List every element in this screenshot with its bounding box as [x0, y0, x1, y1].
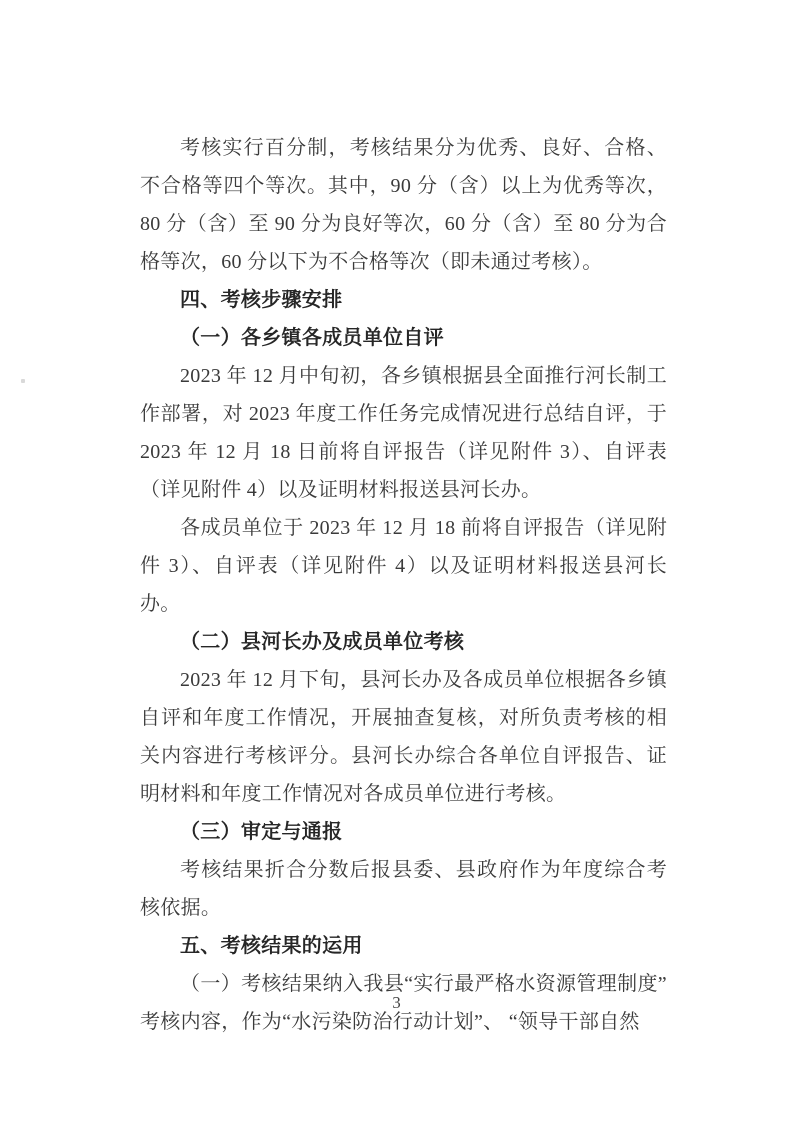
subsection-heading-self-review: （一）各乡镇各成员单位自评 [140, 319, 667, 357]
scan-artifact [21, 379, 25, 383]
paragraph-member-unit-reports: 各成员单位于 2023 年 12 月 18 前将自评报告（详见附件 3）、自评表… [140, 509, 667, 623]
document-page: 考核实行百分制，考核结果分为优秀、良好、合格、不合格等四个等次。其中，90 分（… [0, 0, 793, 1121]
paragraph-township-self-review: 2023 年 12 月中旬初，各乡镇根据县全面推行河长制工作部署，对 2023 … [140, 357, 667, 509]
page-number: 3 [0, 993, 793, 1013]
subsection-heading-county-assessment: （二）县河长办及成员单位考核 [140, 623, 667, 661]
section-heading-4-steps: 四、考核步骤安排 [140, 281, 667, 319]
paragraph-result-reporting: 考核结果折合分数后报县委、县政府作为年度综合考核依据。 [140, 851, 667, 927]
paragraph-grading-scale: 考核实行百分制，考核结果分为优秀、良好、合格、不合格等四个等次。其中，90 分（… [140, 129, 667, 281]
paragraph-county-assessment: 2023 年 12 月下旬，县河长办及各成员单位根据各乡镇自评和年度工作情况，开… [140, 661, 667, 813]
section-heading-5-result-use: 五、考核结果的运用 [140, 927, 667, 965]
subsection-heading-approval-notification: （三）审定与通报 [140, 813, 667, 851]
document-body: 考核实行百分制，考核结果分为优秀、良好、合格、不合格等四个等次。其中，90 分（… [140, 129, 667, 1041]
